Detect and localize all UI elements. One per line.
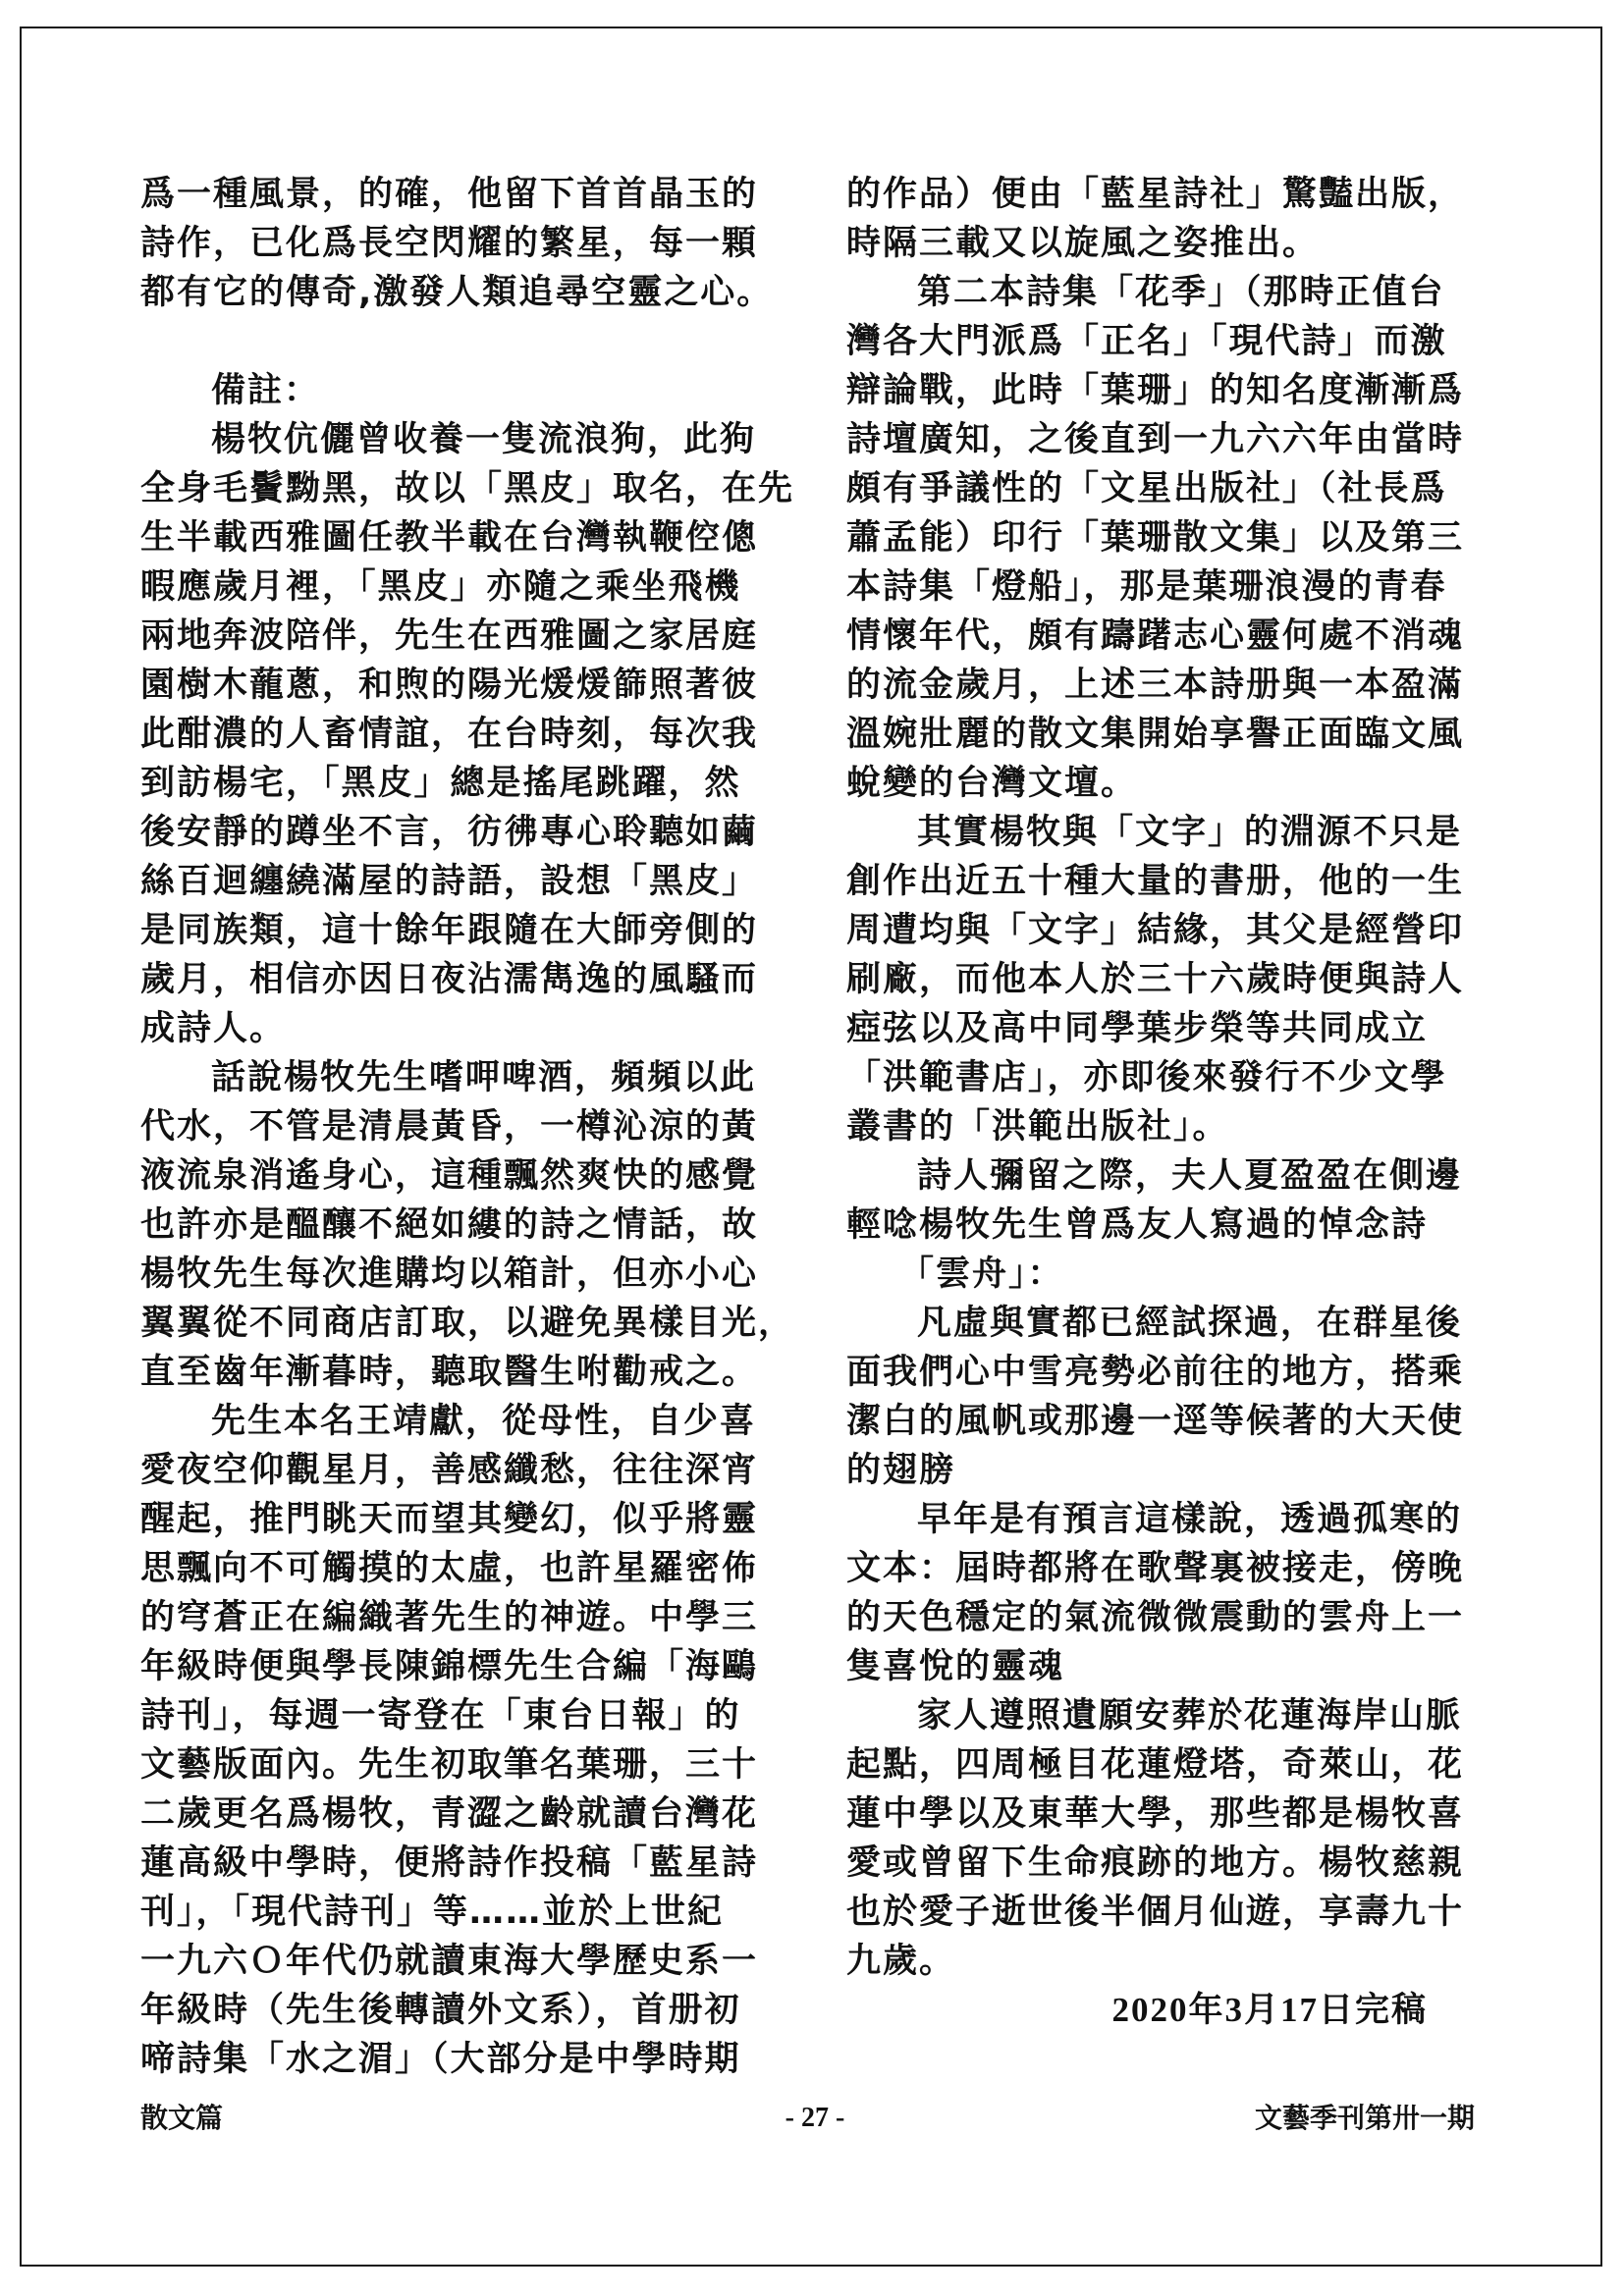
text-line: 全身毛鬢黝黑，故以「黑皮」取名，在先 xyxy=(140,464,749,513)
completion-date: 2020年3月17日完稿 xyxy=(846,1986,1455,2035)
text-line: 詩作，已化爲長空閃耀的繁星，每一顆 xyxy=(140,219,749,268)
text-line: 詩人彌留之際，夫人夏盈盈在側邊 xyxy=(846,1151,1455,1201)
text-line: 都有它的傳奇,激發人類追尋空靈之心。 xyxy=(140,268,749,317)
text-line: 也於愛子逝世後半個月仙遊，享壽九十 xyxy=(846,1888,1455,1937)
text-line: 刷廠，而他本人於三十六歲時便與詩人 xyxy=(846,955,1455,1004)
text-line: 其實楊牧與「文字」的淵源不只是 xyxy=(846,808,1455,857)
text-line: 歲月，相信亦因日夜沾濡雋逸的風騷而 xyxy=(140,955,749,1004)
text-line: 代水，不管是清晨黃昏，一樽沁涼的黃 xyxy=(140,1102,749,1151)
text-line: 九歲。 xyxy=(846,1937,1455,1986)
text-line: 啼詩集「水之湄」（大部分是中學時期 xyxy=(140,2035,749,2084)
text-line: 生半載西雅圖任教半載在台灣執鞭倥傯 xyxy=(140,513,749,562)
text-line: 早年是有預言這樣說，透過孤寒的 xyxy=(846,1495,1455,1544)
footer-section-label: 散文篇 xyxy=(140,2099,223,2138)
text-line: 一九六Ｏ年代仍就讀東海大學歷史系一 xyxy=(140,1937,749,1986)
text-line: 爲一種風景，的確，他留下首首晶玉的 xyxy=(140,170,749,219)
text-line: 蕭孟能）印行「葉珊散文集」以及第三 xyxy=(846,513,1455,562)
text-line: 的天色穩定的氣流微微震動的雲舟上一 xyxy=(846,1593,1455,1642)
text-line: 蓮中學以及東華大學，那些都是楊牧喜 xyxy=(846,1789,1455,1839)
text-line: 醒起，推門眺天而望其變幻，似乎將靈 xyxy=(140,1495,749,1544)
text-line: 創作出近五十種大量的書册，他的一生 xyxy=(846,857,1455,906)
text-line: 詩壇廣知，之後直到一九六六年由當時 xyxy=(846,415,1455,464)
text-line: 的流金歲月，上述三本詩册與一本盈滿 xyxy=(846,661,1455,710)
text-line: 凡虛與實都已經試探過，在群星後 xyxy=(846,1299,1455,1348)
text-line: 是同族類，這十餘年跟隨在大師旁側的 xyxy=(140,906,749,955)
text-line: 時隔三載又以旋風之姿推出。 xyxy=(846,219,1455,268)
left-column: 爲一種風景，的確，他留下首首晶玉的詩作，已化爲長空閃耀的繁星，每一顆都有它的傳奇… xyxy=(140,170,749,2084)
text-line: 成詩人。 xyxy=(140,1004,749,1053)
text-line: 園樹木蘢蔥，和煦的陽光煖煖篩照著彼 xyxy=(140,661,749,710)
text-line: 第二本詩集「花季」（那時正值台 xyxy=(846,268,1455,317)
text-line: 灣各大門派爲「正名」「現代詩」而激 xyxy=(846,317,1455,366)
text-line: 情懷年代，頗有躊躇志心靈何處不消魂 xyxy=(846,612,1455,661)
text-line: 溫婉壯麗的散文集開始享譽正面臨文風 xyxy=(846,710,1455,759)
text-line: 直至齒年漸暮時，聽取醫生咐勸戒之。 xyxy=(140,1348,749,1397)
text-line: 潔白的風帆或那邊一逕等候著的大天使 xyxy=(846,1397,1455,1446)
text-line: 本詩集「燈船」，那是葉珊浪漫的青春 xyxy=(846,562,1455,612)
text-line: 後安靜的蹲坐不言，彷彿專心聆聽如繭 xyxy=(140,808,749,857)
text-line: 蓮高級中學時，便將詩作投稿「藍星詩 xyxy=(140,1839,749,1888)
text-line: 液流泉消遙身心，這種飄然爽快的感覺 xyxy=(140,1151,749,1201)
text-line: 愛或曾留下生命痕跡的地方。楊牧慈親 xyxy=(846,1839,1455,1888)
text-line: 「洪範書店」，亦即後來發行不少文學 xyxy=(846,1053,1455,1102)
text-line: 思飄向不可觸摸的太虛，也許星羅密佈 xyxy=(140,1544,749,1593)
right-column: 的作品）便由「藍星詩社」驚豔出版，時隔三載又以旋風之姿推出。第二本詩集「花季」（… xyxy=(846,170,1455,2035)
text-line: 周遭均與「文字」結緣，其父是經營印 xyxy=(846,906,1455,955)
text-line: 年級時便與學長陳錦標先生合編「海鷗 xyxy=(140,1642,749,1691)
text-line: 楊牧先生每次進購均以箱計，但亦小心 xyxy=(140,1250,749,1299)
text-line: 絲百迴纏繞滿屋的詩語，設想「黑皮」 xyxy=(140,857,749,906)
text-line: 面我們心中雪亮勢必前往的地方，搭乘 xyxy=(846,1348,1455,1397)
text-line: 輕唸楊牧先生曾爲友人寫過的悼念詩 xyxy=(846,1201,1455,1250)
text-line: 隻喜悅的靈魂 xyxy=(846,1642,1455,1691)
text-line: 「雲舟」： xyxy=(846,1250,1455,1299)
paragraph-gap xyxy=(140,317,749,366)
text-line: 起點，四周極目花蓮燈塔，奇萊山，花 xyxy=(846,1740,1455,1789)
footer-page-number: - 27 - xyxy=(756,2099,874,2138)
text-line: 叢書的「洪範出版社」。 xyxy=(846,1102,1455,1151)
text-line: 話說楊牧先生嗜呷啤酒，頻頻以此 xyxy=(140,1053,749,1102)
text-line: 愛夜空仰觀星月，善感纖愁，往往深宵 xyxy=(140,1446,749,1495)
text-line: 蛻變的台灣文壇。 xyxy=(846,759,1455,808)
text-line: 的作品）便由「藍星詩社」驚豔出版， xyxy=(846,170,1455,219)
text-line: 暇應歲月裡，「黑皮」亦隨之乘坐飛機 xyxy=(140,562,749,612)
text-line: 文本：屆時都將在歌聲裏被接走，傍晚 xyxy=(846,1544,1455,1593)
text-line: 詩刊」，每週一寄登在「東台日報」的 xyxy=(140,1691,749,1740)
text-line: 刊」，「現代詩刊」等……並於上世紀 xyxy=(140,1888,749,1937)
text-line: 二歲更名爲楊牧，青澀之齡就讀台灣花 xyxy=(140,1789,749,1839)
text-line: 辯論戰，此時「葉珊」的知名度漸漸爲 xyxy=(846,366,1455,415)
text-line: 先生本名王靖獻，從母性，自少喜 xyxy=(140,1397,749,1446)
text-line: 也許亦是醞釀不絕如縷的詩之情話，故 xyxy=(140,1201,749,1250)
text-line: 的穹蒼正在編織著先生的神遊。中學三 xyxy=(140,1593,749,1642)
text-line: 年級時（先生後轉讀外文系），首册初 xyxy=(140,1986,749,2035)
text-line: 瘂弦以及高中同學葉步榮等共同成立 xyxy=(846,1004,1455,1053)
text-line: 備註： xyxy=(140,366,749,415)
footer-publication-title: 文藝季刊第卅一期 xyxy=(1255,2099,1475,2138)
text-line: 到訪楊宅，「黑皮」總是搖尾跳躍，然 xyxy=(140,759,749,808)
text-line: 楊牧伉儷曾收養一隻流浪狗，此狗 xyxy=(140,415,749,464)
text-line: 兩地奔波陪伴，先生在西雅圖之家居庭 xyxy=(140,612,749,661)
text-line: 文藝版面內。先生初取筆名葉珊，三十 xyxy=(140,1740,749,1789)
text-line: 此酣濃的人畜情誼，在台時刻，每次我 xyxy=(140,710,749,759)
text-line: 家人遵照遺願安葬於花蓮海岸山脈 xyxy=(846,1691,1455,1740)
text-line: 頗有爭議性的「文星出版社」（社長爲 xyxy=(846,464,1455,513)
text-line: 的翅膀 xyxy=(846,1446,1455,1495)
text-line: 翼翼從不同商店訂取，以避免異樣目光， xyxy=(140,1299,749,1348)
